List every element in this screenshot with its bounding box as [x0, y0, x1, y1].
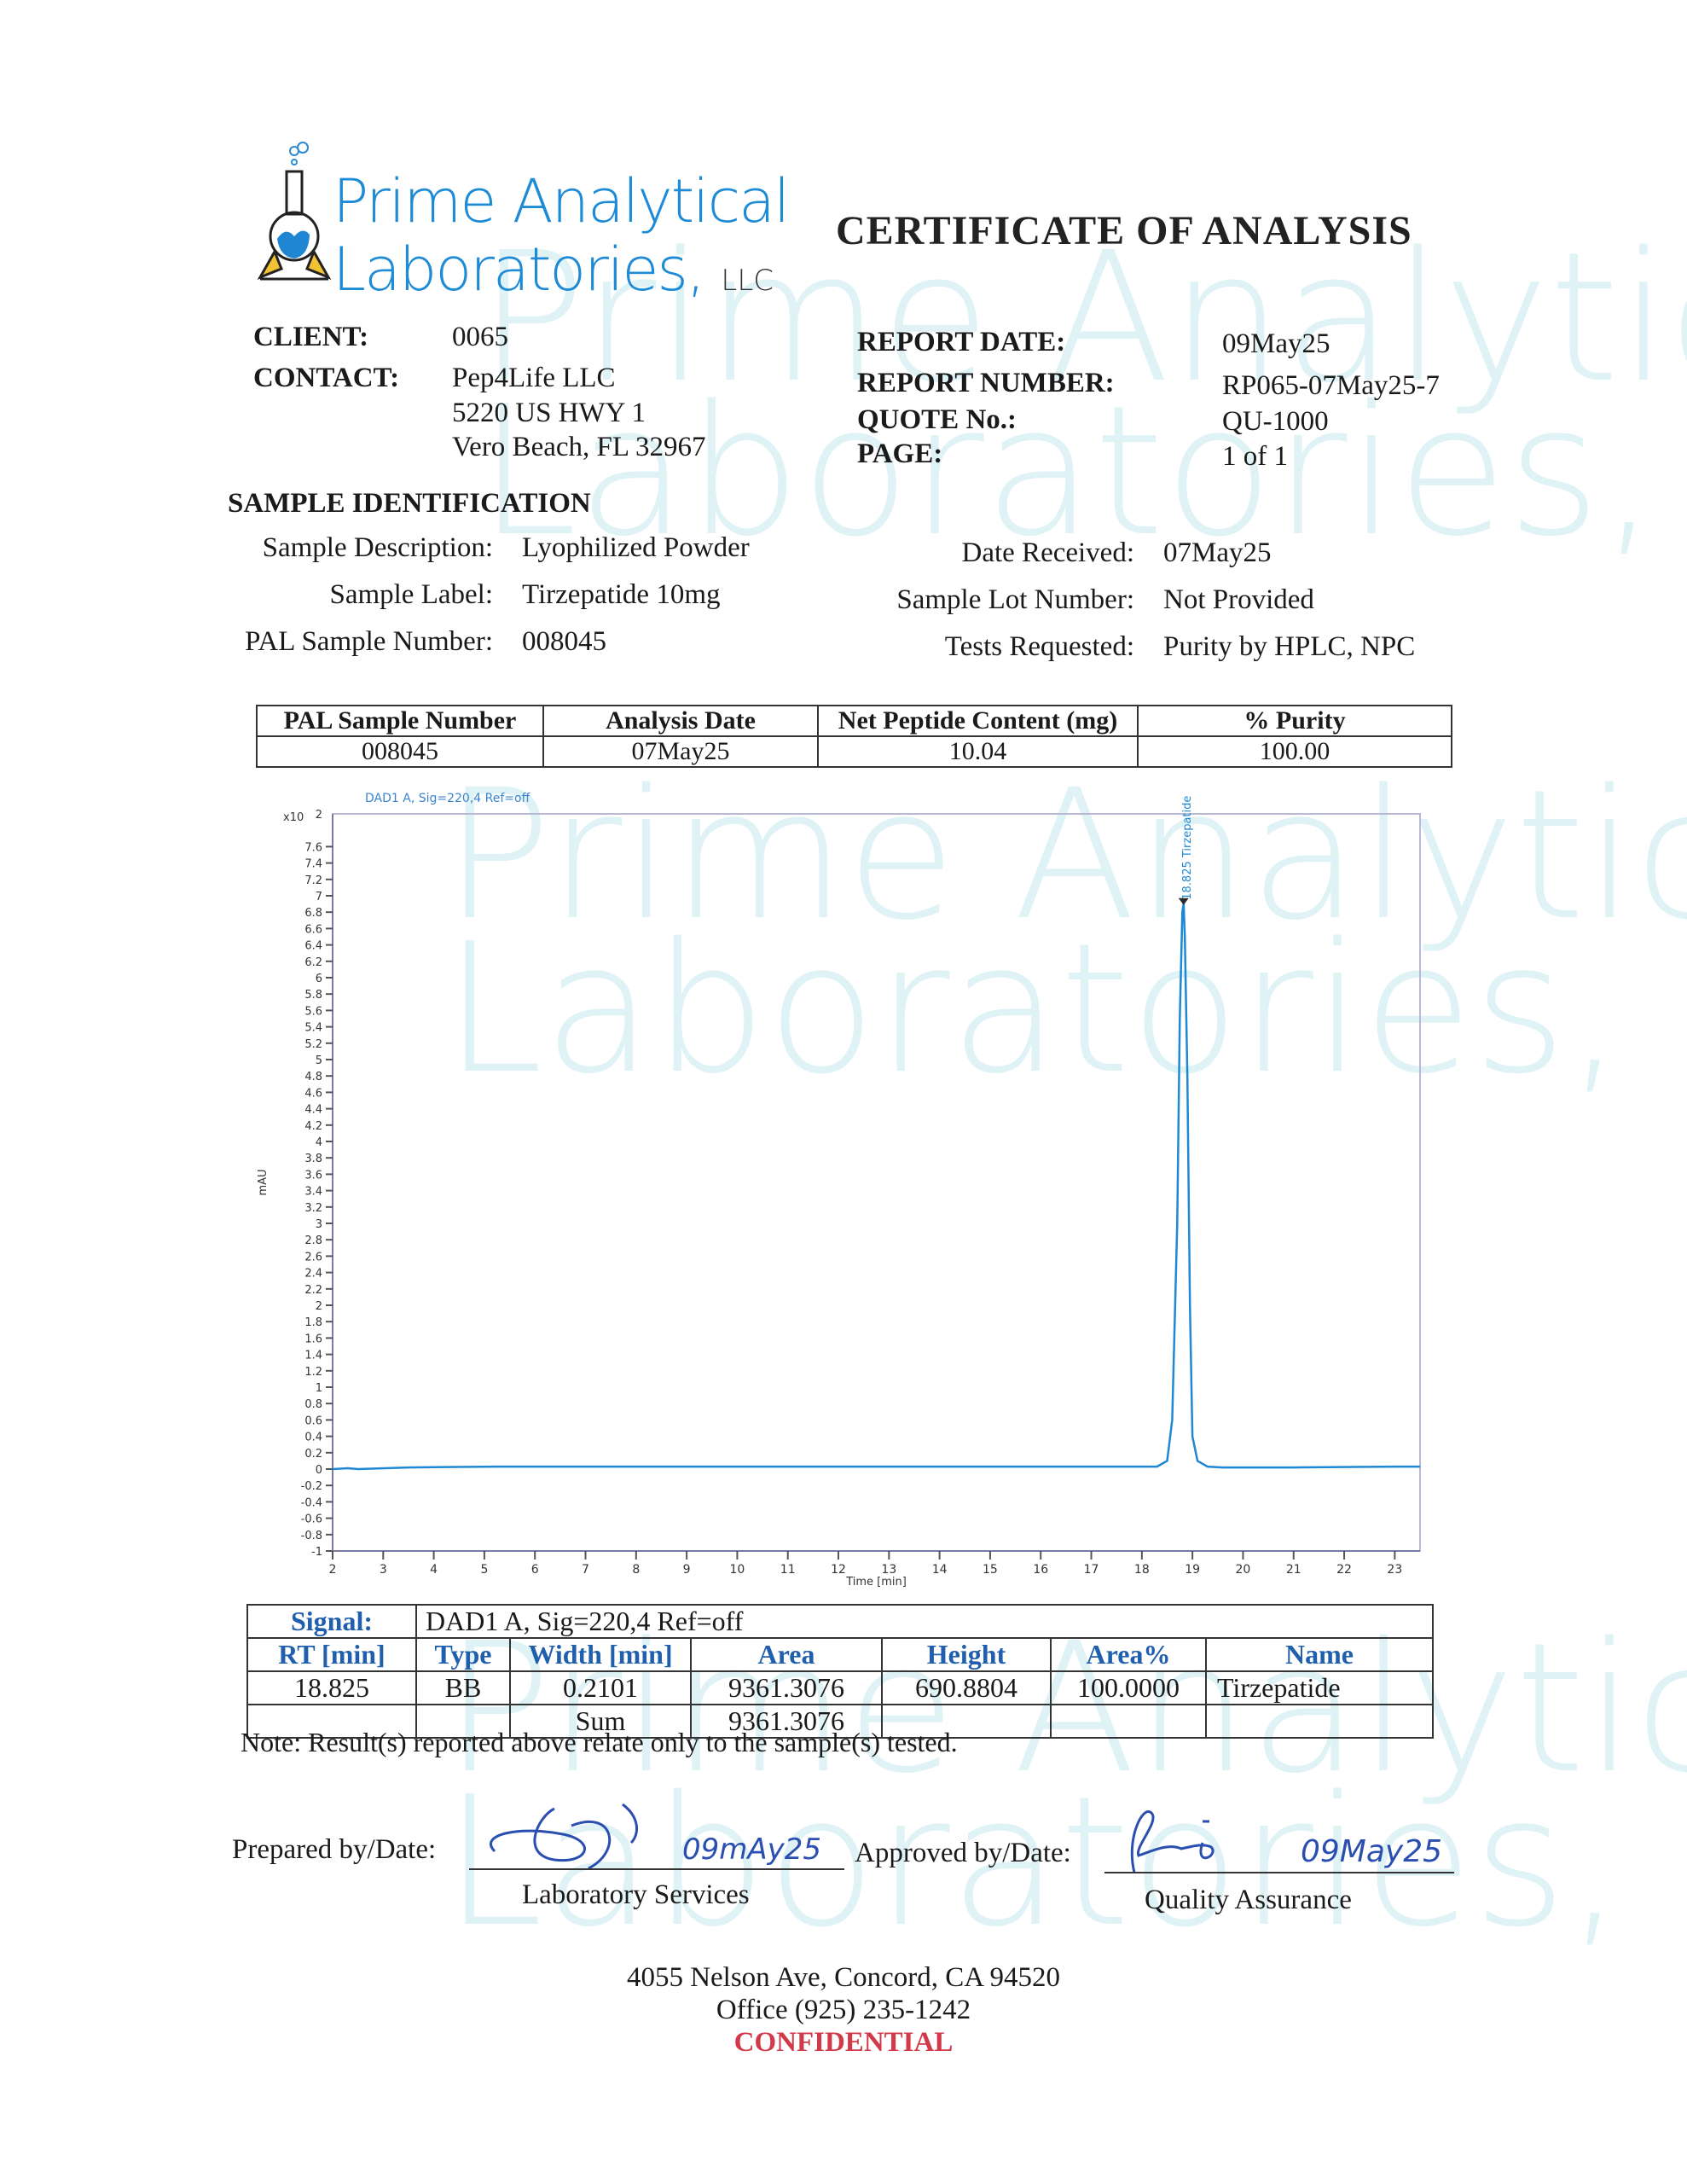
confidential-label: CONFIDENTIAL	[0, 2027, 1687, 2059]
contact-label: CONTACT:	[253, 363, 399, 394]
signal-row: Signal: DAD1 A, Sig=220,4 Ref=off	[247, 1605, 1433, 1638]
approved-signature	[1117, 1796, 1271, 1881]
x-axis-label: Time [min]	[845, 1576, 907, 1589]
chromatogram-svg: DAD1 A, Sig=220,4 Ref=offx102-1-0.8-0.6-…	[247, 785, 1458, 1604]
approved-signature-line	[1104, 1872, 1454, 1873]
sample-description-value: Lyophilized Powder	[522, 532, 750, 564]
y-tick-label: 4.6	[304, 1087, 322, 1100]
report-number-value: RP065-07May25-7	[1222, 370, 1440, 402]
col-purity: % Purity	[1138, 706, 1452, 736]
prepared-role: Laboratory Services	[522, 1879, 750, 1911]
x-tick-label: 11	[780, 1563, 796, 1577]
y-tick-label: 1	[316, 1382, 322, 1395]
contact-line-2: 5220 US HWY 1	[452, 398, 646, 429]
cell-rt: 18.825	[247, 1671, 416, 1705]
y-tick-label: 2	[316, 1300, 322, 1313]
col-rt: RT [min]	[247, 1638, 416, 1671]
x-tick-label: 4	[430, 1563, 438, 1577]
chromatogram-chart: DAD1 A, Sig=220,4 Ref=offx102-1-0.8-0.6-…	[247, 785, 1458, 1604]
y-tick-label: 3.2	[304, 1202, 322, 1215]
peak-table: Signal: DAD1 A, Sig=220,4 Ref=off RT [mi…	[246, 1604, 1434, 1739]
prepared-date: 09mAy25	[682, 1833, 821, 1867]
y-tick-label: 6.8	[304, 907, 322, 920]
signal-label: Signal:	[247, 1605, 416, 1638]
x-tick-label: 23	[1387, 1563, 1402, 1577]
y-tick-label: 3.4	[304, 1186, 322, 1199]
logo-llc: LLC	[721, 264, 774, 298]
cell-empty	[1051, 1705, 1206, 1738]
y-tick-label: 0	[316, 1464, 322, 1477]
cell-empty	[1206, 1705, 1433, 1738]
page-value: 1 of 1	[1222, 441, 1288, 473]
x-tick-label: 14	[932, 1563, 948, 1577]
x-tick-label: 17	[1084, 1563, 1099, 1577]
logo-line1: Prime Analytical	[333, 166, 788, 236]
x-tick-label: 12	[831, 1563, 846, 1577]
x-tick-label: 22	[1336, 1563, 1352, 1577]
y-tick-label: 4	[316, 1136, 322, 1149]
cell-name: Tirzepatide	[1206, 1671, 1433, 1705]
col-type: Type	[416, 1638, 510, 1671]
y-axis-label: mAU	[257, 1169, 270, 1195]
y-tick-label: -1	[311, 1546, 322, 1559]
x-tick-label: 16	[1033, 1563, 1048, 1577]
cell-analysis-date: 07May25	[543, 736, 818, 767]
y-tick-label: 2.4	[304, 1268, 322, 1281]
y-tick-label: 5	[316, 1054, 322, 1067]
sample-lot-number-label: Sample Lot Number:	[836, 584, 1134, 616]
signal-value: DAD1 A, Sig=220,4 Ref=off	[416, 1605, 1433, 1638]
contact-line-1: Pep4Life LLC	[452, 363, 616, 394]
table-row: 18.825 BB 0.2101 9361.3076 690.8804 100.…	[247, 1671, 1433, 1705]
col-area: Area	[691, 1638, 882, 1671]
flask-icon	[256, 141, 337, 294]
chart-title: DAD1 A, Sig=220,4 Ref=off	[365, 792, 530, 805]
logo-line2: Laboratories, LLC	[333, 235, 774, 305]
cell-pal-sample-number: 008045	[257, 736, 543, 767]
logo-line2-text: Laboratories,	[333, 235, 704, 305]
peak-table-header: RT [min] Type Width [min] Area Height Ar…	[247, 1638, 1433, 1671]
report-number-label: REPORT NUMBER:	[857, 368, 1115, 399]
cell-net-peptide-content: 10.04	[818, 736, 1138, 767]
prepared-by-label: Prepared by/Date:	[232, 1834, 436, 1866]
prepared-signature	[469, 1800, 708, 1885]
y-tick-label: -0.8	[301, 1530, 322, 1542]
table-row: 008045 07May25 10.04 100.00	[257, 736, 1452, 767]
page-label: PAGE:	[857, 439, 942, 470]
x-tick-label: 19	[1185, 1563, 1200, 1577]
y-tick-label: 0.8	[304, 1398, 322, 1411]
approved-by-label: Approved by/Date:	[855, 1838, 1071, 1869]
date-received-label: Date Received:	[836, 537, 1134, 569]
client-label: CLIENT:	[253, 322, 368, 353]
footer-address: 4055 Nelson Ave, Concord, CA 94520	[0, 1962, 1687, 1994]
y-tick-label: 4.8	[304, 1071, 322, 1083]
y-tick-label: 2.2	[304, 1284, 322, 1297]
y-tick-label: 5.4	[304, 1022, 322, 1035]
report-date-value: 09May25	[1222, 328, 1330, 360]
y-multiplier-exp: 2	[316, 809, 322, 822]
y-tick-label: 3.6	[304, 1169, 322, 1182]
y-tick-label: 6.6	[304, 923, 322, 936]
sample-lot-number-value: Not Provided	[1163, 584, 1314, 616]
document-title: CERTIFICATE OF ANALYSIS	[836, 207, 1412, 254]
y-tick-label: 4.2	[304, 1120, 322, 1133]
x-tick-label: 21	[1286, 1563, 1301, 1577]
col-analysis-date: Analysis Date	[543, 706, 818, 736]
y-tick-label: 1.2	[304, 1366, 322, 1379]
y-tick-label: 3.8	[304, 1153, 322, 1165]
y-tick-label: 1.6	[304, 1333, 322, 1345]
quote-label: QUOTE No.:	[857, 404, 1017, 436]
x-tick-label: 3	[380, 1563, 387, 1577]
pal-sample-number-value: 008045	[522, 626, 606, 658]
y-tick-label: 0.2	[304, 1448, 322, 1461]
cell-height: 690.8804	[882, 1671, 1051, 1705]
cell-width: 0.2101	[510, 1671, 691, 1705]
y-tick-label: 6.2	[304, 956, 322, 969]
x-tick-label: 18	[1134, 1563, 1150, 1577]
client-value: 0065	[452, 322, 508, 353]
col-name: Name	[1206, 1638, 1433, 1671]
y-tick-label: 0.4	[304, 1432, 322, 1444]
pal-sample-number-label: PAL Sample Number:	[222, 626, 493, 658]
x-tick-label: 13	[881, 1563, 896, 1577]
col-height: Height	[882, 1638, 1051, 1671]
sample-identification-heading: SAMPLE IDENTIFICATION	[228, 488, 591, 520]
y-tick-label: 6.4	[304, 940, 322, 953]
col-net-peptide-content: Net Peptide Content (mg)	[818, 706, 1138, 736]
y-tick-label: 6	[316, 973, 322, 985]
y-multiplier: x10	[283, 811, 304, 824]
footer-phone: Office (925) 235-1242	[0, 1995, 1687, 2026]
col-pal-sample-number: PAL Sample Number	[257, 706, 543, 736]
sample-label-label: Sample Label:	[222, 579, 493, 611]
x-tick-label: 6	[531, 1563, 539, 1577]
prepared-signature-line	[469, 1868, 844, 1870]
y-tick-label: 5.8	[304, 989, 322, 1002]
col-area-percent: Area%	[1051, 1638, 1206, 1671]
approved-date: 09May25	[1301, 1834, 1442, 1869]
approved-role: Quality Assurance	[1145, 1885, 1352, 1916]
x-tick-label: 2	[329, 1563, 337, 1577]
tests-requested-value: Purity by HPLC, NPC	[1163, 631, 1415, 663]
contact-line-3: Vero Beach, FL 32967	[452, 432, 706, 463]
cell-type: BB	[416, 1671, 510, 1705]
col-width: Width [min]	[510, 1638, 691, 1671]
x-tick-label: 7	[582, 1563, 589, 1577]
chromatogram-trace	[333, 903, 1420, 1469]
x-tick-label: 8	[632, 1563, 640, 1577]
y-tick-label: -0.4	[301, 1496, 322, 1509]
sample-description-label: Sample Description:	[222, 532, 493, 564]
cell-area-percent: 100.0000	[1051, 1671, 1206, 1705]
x-tick-label: 15	[983, 1563, 998, 1577]
report-date-label: REPORT DATE:	[857, 327, 1065, 358]
date-received-value: 07May25	[1163, 537, 1272, 569]
y-tick-label: 2.8	[304, 1234, 322, 1247]
y-tick-label: 5.6	[304, 1005, 322, 1018]
sample-label-value: Tirzepatide 10mg	[522, 579, 721, 611]
y-tick-label: 7	[316, 891, 322, 903]
summary-table-header: PAL Sample Number Analysis Date Net Pept…	[257, 706, 1452, 736]
y-tick-label: 7.2	[304, 874, 322, 887]
y-tick-label: 2.6	[304, 1251, 322, 1263]
x-tick-label: 10	[730, 1563, 745, 1577]
x-tick-label: 5	[480, 1563, 488, 1577]
y-tick-label: -0.6	[301, 1513, 322, 1526]
y-tick-label: -0.2	[301, 1480, 322, 1493]
cell-purity: 100.00	[1138, 736, 1452, 767]
y-tick-label: 3	[316, 1218, 322, 1231]
summary-table: PAL Sample Number Analysis Date Net Pept…	[256, 705, 1452, 768]
tests-requested-label: Tests Requested:	[836, 631, 1134, 663]
x-tick-label: 9	[683, 1563, 691, 1577]
y-tick-label: 7.6	[304, 841, 322, 854]
plot-frame	[333, 814, 1420, 1551]
results-note: Note: Result(s) reported above relate on…	[241, 1727, 958, 1758]
y-tick-label: 0.6	[304, 1414, 322, 1427]
peak-annotation: 18.825 Tirzepatide	[1181, 796, 1194, 900]
y-tick-label: 1.4	[304, 1350, 322, 1362]
y-tick-label: 5.2	[304, 1038, 322, 1051]
cell-area: 9361.3076	[691, 1671, 882, 1705]
y-tick-label: 4.4	[304, 1104, 322, 1117]
quote-value: QU-1000	[1222, 406, 1329, 438]
y-tick-label: 1.8	[304, 1316, 322, 1329]
y-tick-label: 7.4	[304, 858, 322, 871]
x-tick-label: 20	[1236, 1563, 1251, 1577]
